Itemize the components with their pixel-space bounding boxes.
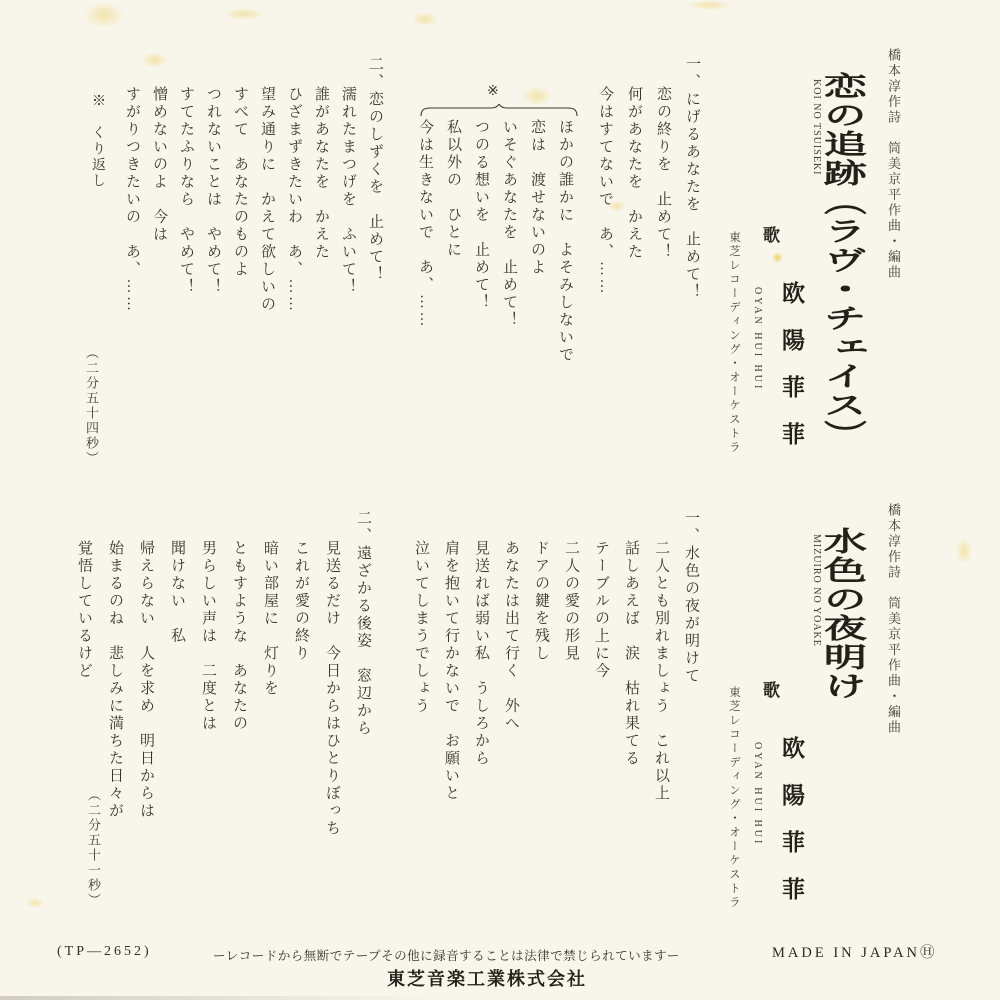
song2-orchestra-credit: 東芝レコーディング・オーケストラ xyxy=(726,686,742,966)
lyric-line: 二、恋のしずくを 止めて！ xyxy=(361,56,388,401)
lyric-line: つれないことは やめて！ xyxy=(199,56,226,401)
lyric-line: ドアの鍵を残し xyxy=(526,510,556,855)
lyric-line: 肩を抱いて行かないで お願いと xyxy=(436,510,466,855)
song2-title-romaji: MIZUIRO NO YOAKE xyxy=(811,534,822,754)
lyric-line: すてたふりなら やめて！ xyxy=(172,56,199,401)
lyric-line: 何があなたを かえた xyxy=(619,56,648,401)
song1-writer-credits: 橋本淳作詩 筒美京平作曲・編曲 xyxy=(884,48,903,378)
lyric-line: 恋の終りを 止めて！ xyxy=(648,56,677,401)
lyric-line: 始まるのね 悲しみに満ちた日々が xyxy=(99,510,130,855)
song1-refrain: ほかの誰かに よそみしないで 恋は 渡せないのよ いそぐあなたを 止めて！ つの… xyxy=(411,119,579,389)
lyric-line: 濡れたまつげを ふいて！ xyxy=(334,56,361,401)
lyric-line: 二人とも別れましょう これ以上 xyxy=(646,510,676,855)
song2-verse-2: 二、遠ざかる後姿 窓辺から 見送るだけ 今日からはひとりぼっち これが愛の終り … xyxy=(68,510,378,855)
song1-verse-1: 一、にげるあなたを 止めて！ 恋の終りを 止めて！ 何があなたを かえた 今はす… xyxy=(590,56,706,401)
song-section-2: 橋本淳作詩 筒美京平作曲・編曲 水色の夜明け MIZUIRO NO YOAKE … xyxy=(0,455,1000,910)
song-section-1: 橋本淳作詩 筒美京平作曲・編曲 恋の追跡（ラヴ・チェイス） KOI NO TSU… xyxy=(0,0,1000,455)
lyric-line: 誰があなたを かえた xyxy=(307,56,334,401)
song2-vocal-label: 歌 xyxy=(757,681,782,698)
made-in-japan-label: MADE IN JAPANⒽ xyxy=(772,941,938,962)
lyric-line: つのる想いを 止めて！ xyxy=(467,119,495,389)
lyric-line: すべて あなたのものよ xyxy=(226,56,253,401)
song2-verse-1: 一、水色の夜が明けて 二人とも別れましょう これ以上 話しあえば 涙 枯れ果てる… xyxy=(406,510,706,855)
sheet-bottom-edge xyxy=(0,996,440,1000)
lyric-line: 見送るだけ 今日からはひとりぼっち xyxy=(316,510,347,855)
lyric-line: 二、遠ざかる後姿 窓辺から xyxy=(347,510,378,855)
song1-verse-2: 二、恋のしずくを 止めて！ 濡れたまつげを ふいて！ 誰があなたを かえた ひざ… xyxy=(118,56,388,401)
record-sleeve-lyric-sheet: { "page": { "paper_color": "#f8f5ea", "i… xyxy=(0,0,1000,1000)
lyric-line: 見送れば弱い私 うしろから xyxy=(466,510,496,855)
song2-duration: （二分五十一秒） xyxy=(84,788,103,928)
song2-artist-name: 欧陽菲菲 xyxy=(775,736,808,956)
lyric-line: 恋は 渡せないのよ xyxy=(523,119,551,389)
lyric-line: 憎めないのよ 今は xyxy=(145,56,172,401)
song2-writer-credits: 橋本淳作詩 筒美京平作曲・編曲 xyxy=(884,503,903,833)
lyric-line: これが愛の終り xyxy=(285,510,316,855)
lyric-line: いそぐあなたを 止めて！ xyxy=(495,119,523,389)
lyric-line: あなたは出て行く 外へ xyxy=(496,510,526,855)
catalog-number: (TP—2652) xyxy=(57,944,152,960)
lyric-line: 話しあえば 涙 枯れ果てる xyxy=(616,510,646,855)
lyric-line: 男らしい声は 二度とは xyxy=(192,510,223,855)
song1-title: 恋の追跡（ラヴ・チェイス） xyxy=(829,72,874,482)
lyric-line: 二人の愛の形見 xyxy=(556,510,586,855)
lyric-line: 聞けない 私 xyxy=(161,510,192,855)
lyric-line: ともすような あなたの xyxy=(223,510,254,855)
lyric-line: すがりつきたいの あ、…… xyxy=(118,56,145,401)
lyric-line: 今はすてないで あ、…… xyxy=(590,56,619,401)
lyric-line: 今は生きないで あ、…… xyxy=(411,119,439,389)
lyric-line: 一、水色の夜が明けて xyxy=(676,510,706,855)
copyright-notice: ーレコードから無断でテープその他に録音することは法律で禁じられていますー xyxy=(213,946,680,964)
circled-h-mark: Ⓗ xyxy=(920,945,938,961)
lyric-line: 泣いてしまうでしょう xyxy=(406,510,436,855)
song2-title: 水色の夜明け xyxy=(829,527,874,937)
lyric-line: 一、にげるあなたを 止めて！ xyxy=(677,56,706,401)
lyric-line: 暗い部屋に 灯りを xyxy=(254,510,285,855)
lyric-line: テーブルの上に今 xyxy=(586,510,616,855)
song2-artist-romaji: OYAN HUI HUI xyxy=(752,742,763,972)
song1-vocal-label: 歌 xyxy=(757,226,782,243)
song1-title-romaji: KOI NO TSUISEKI xyxy=(811,79,822,299)
lyric-line: 望み通りに かえて欲しいの xyxy=(253,56,280,401)
company-name: 東芝音楽工業株式会社 xyxy=(0,965,974,991)
song1-repeat-note: ※ くり返し xyxy=(87,93,107,243)
refrain-mark: ※ xyxy=(487,83,499,100)
made-in-text: MADE IN JAPAN xyxy=(772,945,920,961)
lyric-line: ひざまずきたいわ あ、…… xyxy=(280,56,307,401)
lyric-line: 私以外の ひとに xyxy=(439,119,467,389)
lyric-line: ほかの誰かに よそみしないで xyxy=(551,119,579,389)
lyric-line: 帰えらない 人を求め 明日からは xyxy=(130,510,161,855)
